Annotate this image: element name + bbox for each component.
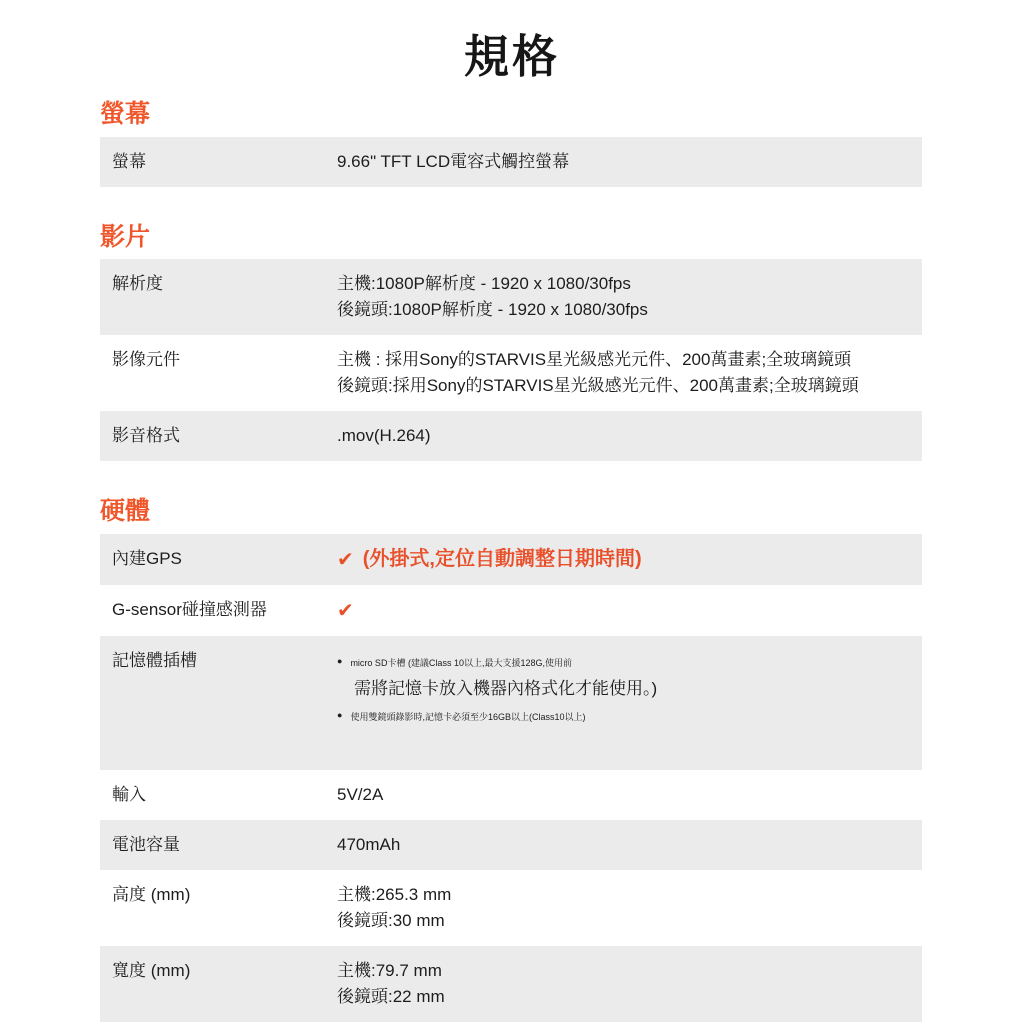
spec-value: .mov(H.264) [337, 423, 904, 449]
value-line: 需將記憶卡放入機器內格式化才能使用。) [337, 676, 904, 702]
value-text: 主機:1080P解析度 - 1920 x 1080/30fps [337, 274, 631, 293]
value-text: 主機:79.7 mm [337, 961, 442, 980]
section-heading: 螢幕 [100, 98, 922, 131]
value-text: .mov(H.264) [337, 426, 431, 445]
value-line: 後鏡頭:1080P解析度 - 1920 x 1080/30fps [337, 297, 904, 323]
spec-section: 硬體 內建GPS ✔(外掛式,定位自動調整日期時間) G-sensor碰撞感測器… [100, 495, 922, 1022]
value-text: 使用雙鏡頭錄影時,記憶卡必須至少16GB以上(Class10以上) [350, 712, 585, 722]
spec-label: 螢幕 [112, 149, 337, 175]
spec-value: ●micro SD卡槽 (建議Class 10以上,最大支援128G,使用前需將… [337, 648, 904, 730]
section-heading: 影片 [100, 221, 922, 254]
value-text: (外掛式,定位自動調整日期時間) [363, 548, 642, 570]
value-line: 主機:265.3 mm [337, 882, 904, 908]
section-heading: 硬體 [100, 495, 922, 528]
spec-value: ✔ [337, 597, 904, 624]
value-text: 470mAh [337, 835, 400, 854]
spec-row: 電池容量 470mAh [100, 820, 922, 870]
spec-section: 螢幕 螢幕 9.66" TFT LCD電容式觸控螢幕 [100, 98, 922, 187]
check-icon: ✔ [337, 547, 354, 573]
value-text: 主機:265.3 mm [337, 885, 451, 904]
spec-value: 主機:1080P解析度 - 1920 x 1080/30fps後鏡頭:1080P… [337, 271, 904, 323]
spec-label: 內建GPS [112, 546, 337, 572]
section-rows: 螢幕 9.66" TFT LCD電容式觸控螢幕 [100, 137, 922, 187]
spec-row: 螢幕 9.66" TFT LCD電容式觸控螢幕 [100, 137, 922, 187]
spec-row: 影音格式 .mov(H.264) [100, 411, 922, 461]
spec-row: 寬度 (mm) 主機:79.7 mm後鏡頭:22 mm [100, 946, 922, 1022]
spec-label: 解析度 [112, 271, 337, 297]
spec-table: 螢幕 螢幕 9.66" TFT LCD電容式觸控螢幕 影片 解析度 主機:108… [100, 98, 922, 1022]
value-line: 主機 : 採用Sony的STARVIS星光級感光元件、200萬畫素;全玻璃鏡頭 [337, 347, 904, 373]
value-line: 後鏡頭:22 mm [337, 984, 904, 1010]
section-rows: 解析度 主機:1080P解析度 - 1920 x 1080/30fps後鏡頭:1… [100, 259, 922, 461]
value-line: 470mAh [337, 832, 904, 858]
spec-value: 主機:265.3 mm後鏡頭:30 mm [337, 882, 904, 934]
value-line: ✔ [337, 597, 363, 624]
bullet-icon: ● [337, 648, 342, 674]
spec-label: 高度 (mm) [112, 882, 337, 908]
spec-label: 電池容量 [112, 832, 337, 858]
spec-value: 9.66" TFT LCD電容式觸控螢幕 [337, 149, 904, 175]
value-text: 需將記憶卡放入機器內格式化才能使用。) [354, 679, 657, 698]
spec-value: 470mAh [337, 832, 904, 858]
spec-row: 輸入 5V/2A [100, 770, 922, 820]
spec-section: 影片 解析度 主機:1080P解析度 - 1920 x 1080/30fps後鏡… [100, 221, 922, 462]
check-icon: ✔ [337, 598, 354, 624]
value-text: micro SD卡槽 (建議Class 10以上,最大支援128G,使用前 [350, 658, 572, 668]
value-line: ✔(外掛式,定位自動調整日期時間) [337, 546, 642, 573]
section-rows: 內建GPS ✔(外掛式,定位自動調整日期時間) G-sensor碰撞感測器 ✔ … [100, 534, 922, 1022]
value-line: 後鏡頭:30 mm [337, 908, 904, 934]
spec-label: 影音格式 [112, 423, 337, 449]
spec-label: G-sensor碰撞感測器 [112, 597, 337, 623]
spec-value: 主機:79.7 mm後鏡頭:22 mm [337, 958, 904, 1010]
spec-value: 5V/2A [337, 782, 904, 808]
value-line: 9.66" TFT LCD電容式觸控螢幕 [337, 149, 904, 175]
spec-row: 解析度 主機:1080P解析度 - 1920 x 1080/30fps後鏡頭:1… [100, 259, 922, 335]
spec-value: 主機 : 採用Sony的STARVIS星光級感光元件、200萬畫素;全玻璃鏡頭後… [337, 347, 904, 399]
value-line: .mov(H.264) [337, 423, 904, 449]
spec-page: 規格 螢幕 螢幕 9.66" TFT LCD電容式觸控螢幕 影片 解析度 主機:… [0, 0, 1024, 1024]
value-line: 後鏡頭:採用Sony的STARVIS星光級感光元件、200萬畫素;全玻璃鏡頭 [337, 373, 904, 399]
value-line: ●使用雙鏡頭錄影時,記憶卡必須至少16GB以上(Class10以上) [337, 702, 585, 730]
spec-row: G-sensor碰撞感測器 ✔ [100, 585, 922, 636]
page-title: 規格 [0, 0, 1024, 84]
value-text: 9.66" TFT LCD電容式觸控螢幕 [337, 152, 569, 171]
value-text: 5V/2A [337, 785, 383, 804]
spec-row: 影像元件 主機 : 採用Sony的STARVIS星光級感光元件、200萬畫素;全… [100, 335, 922, 411]
spec-label: 影像元件 [112, 347, 337, 373]
value-text: 後鏡頭:1080P解析度 - 1920 x 1080/30fps [337, 300, 648, 319]
spec-label: 寬度 (mm) [112, 958, 337, 984]
spec-row: 高度 (mm) 主機:265.3 mm後鏡頭:30 mm [100, 870, 922, 946]
spec-row: 內建GPS ✔(外掛式,定位自動調整日期時間) [100, 534, 922, 585]
spec-label: 記憶體插槽 [112, 648, 337, 674]
value-line: 主機:1080P解析度 - 1920 x 1080/30fps [337, 271, 904, 297]
value-text: 主機 : 採用Sony的STARVIS星光級感光元件、200萬畫素;全玻璃鏡頭 [337, 350, 851, 369]
spec-label: 輸入 [112, 782, 337, 808]
spec-value: ✔(外掛式,定位自動調整日期時間) [337, 546, 904, 573]
value-text: 後鏡頭:採用Sony的STARVIS星光級感光元件、200萬畫素;全玻璃鏡頭 [337, 376, 859, 395]
value-line: 主機:79.7 mm [337, 958, 904, 984]
value-line: ●micro SD卡槽 (建議Class 10以上,最大支援128G,使用前 [337, 648, 572, 676]
value-line: 5V/2A [337, 782, 904, 808]
bullet-icon: ● [337, 702, 342, 728]
value-text: 後鏡頭:22 mm [337, 987, 445, 1006]
spec-row: 記憶體插槽 ●micro SD卡槽 (建議Class 10以上,最大支援128G… [100, 636, 922, 770]
value-text: 後鏡頭:30 mm [337, 911, 445, 930]
